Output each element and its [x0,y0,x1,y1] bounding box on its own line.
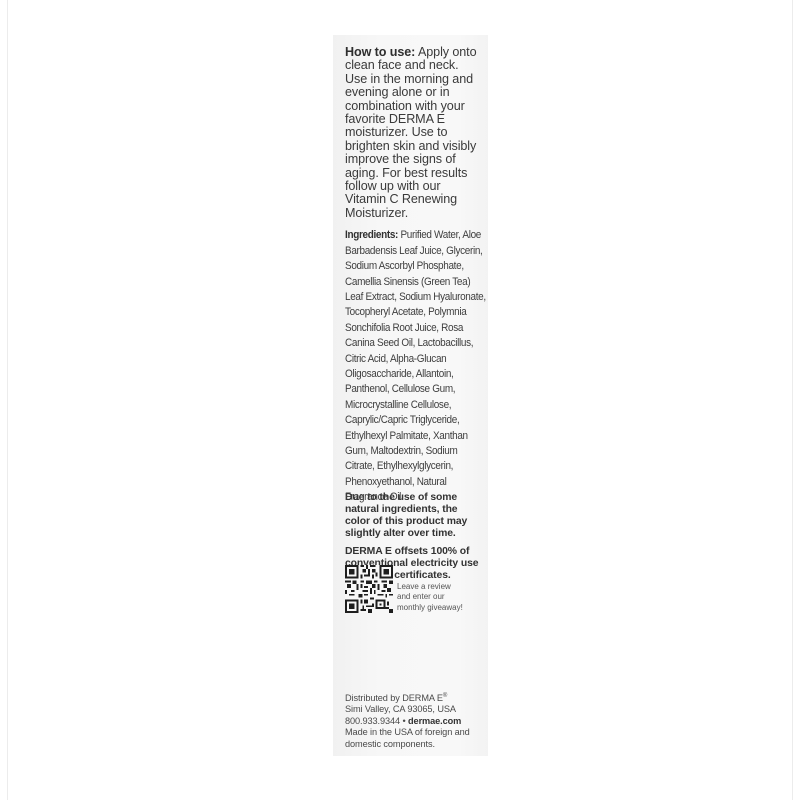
origin-line: Made in the USA of foreign and [345,727,470,738]
ingredients-section: Ingredients: Purified Water, Aloe Barbad… [345,228,486,505]
qr-text-line: and enter our [397,592,463,602]
contact-line: 800.933.9344 • dermae.com [345,716,470,727]
qr-text-line: monthly giveaway! [397,603,463,613]
distributor-line: Distributed by DERMA E® [345,691,470,704]
origin-line-2: domestic components. [345,739,470,750]
distributor-info: Distributed by DERMA E® Simi Valley, CA … [345,691,470,750]
registered-mark: ® [443,693,447,699]
phone-number: 800.933.9344 [345,716,400,726]
ingredients-list: Purified Water, Aloe Barbadensis Leaf Ju… [345,229,486,503]
qr-code-icon[interactable] [345,565,393,613]
qr-review-block: Leave a review and enter our monthly giv… [345,565,463,613]
qr-text-line: Leave a review [397,582,463,592]
qr-review-text: Leave a review and enter our monthly giv… [397,582,463,613]
how-to-use-heading: How to use: [345,45,415,59]
separator-bullet: • [400,716,408,726]
address-line: Simi Valley, CA 93065, USA [345,704,470,715]
product-label-panel: How to use: Apply onto clean face and ne… [333,35,488,756]
ingredients-heading: Ingredients: [345,229,398,241]
how-to-use-section: How to use: Apply onto clean face and ne… [345,46,480,220]
how-to-use-text: Apply onto clean face and neck. Use in t… [345,45,476,220]
website-link[interactable]: dermae.com [408,716,461,726]
